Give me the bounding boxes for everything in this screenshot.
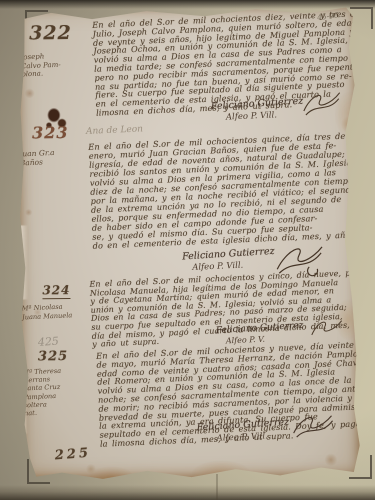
margin-note-323: Juan Gr.aBaños: [19, 149, 55, 168]
margin-note-325: Mª TheresaHerransSanta CruzPamplonasolte…: [22, 367, 63, 418]
bottom-entry-number: 225: [54, 446, 91, 464]
manuscript-line: plona.: [21, 69, 61, 79]
faint-inscription: Ana de Leon: [86, 124, 143, 136]
entry-number-325: 325: [38, 349, 68, 364]
pencil-number: 425: [37, 335, 59, 349]
torn-edge-highlight: [19, 225, 29, 299]
manuscript-paper: 45-96 322 JosephCalvo Pam-plona. En el a…: [17, 5, 362, 482]
signature-title-323: Alfeo P. Vill.: [192, 261, 243, 273]
background-crease: [216, 474, 218, 500]
margin-note-322: JosephCalvo Pam-plona.: [20, 52, 61, 79]
signature-title-325: Alfeo P. Vill.: [217, 431, 268, 443]
signature-title-322: Alfeo P. Vill.: [226, 110, 277, 122]
manuscript-line: Juana Manuela: [22, 311, 73, 322]
entry-text-323: En el año del S.or de mil ochocientos qu…: [88, 131, 364, 251]
manuscript-line: nat.: [24, 408, 63, 418]
entry-number-323: 323: [32, 123, 69, 142]
manuscript-line: Baños: [20, 158, 55, 168]
photo-corner-mark-top-right: [350, 7, 373, 29]
photo-edge-bottom: [0, 485, 375, 500]
margin-note-324: Mª NicolasaJuana Manuela: [22, 302, 73, 321]
photo-edge-top: [0, 0, 375, 9]
signature-323: Feliciano Gutierrez: [182, 246, 275, 263]
entry-number-324: 324: [42, 283, 70, 299]
photographed-manuscript: 45-96 322 JosephCalvo Pam-plona. En el a…: [0, 0, 375, 500]
entry-number-322: 322: [29, 22, 72, 44]
